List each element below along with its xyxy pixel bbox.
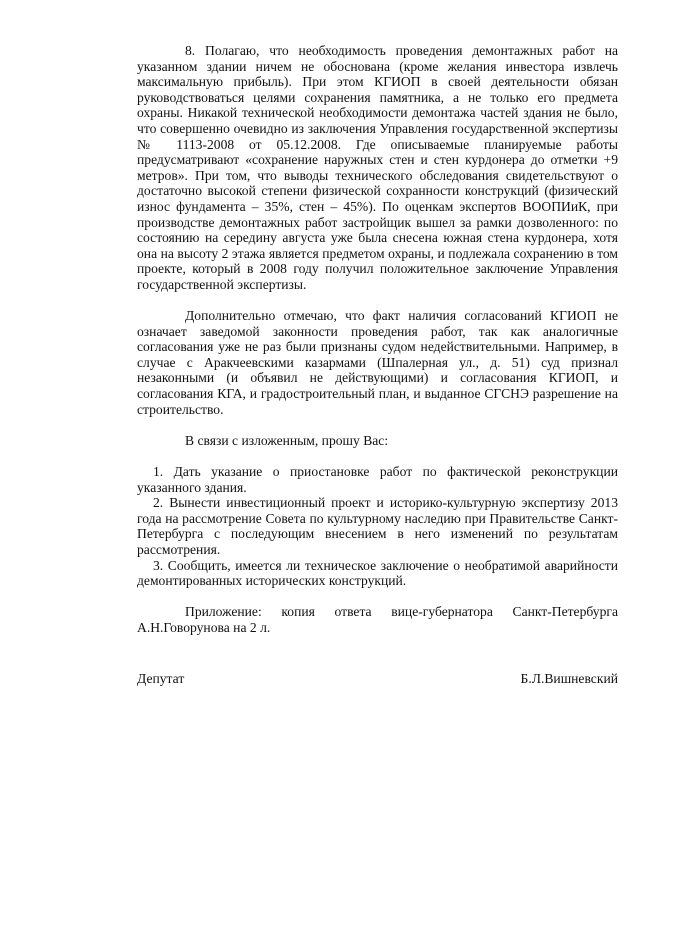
paragraph-8: 8. Полагаю, что необходимость проведения… bbox=[137, 43, 618, 293]
signature-title: Депутат bbox=[137, 671, 184, 687]
spacer bbox=[137, 589, 618, 605]
request-item-3: 3. Сообщить, имеется ли техническое закл… bbox=[137, 558, 618, 589]
request-item-2: 2. Вынести инвестиционный проект и истор… bbox=[137, 495, 618, 557]
signature-block: Депутат Б.Л.Вишневский bbox=[137, 671, 618, 687]
signature-name: Б.Л.Вишневский bbox=[521, 671, 618, 687]
spacer bbox=[137, 448, 618, 464]
request-item-1: 1. Дать указание о приостановке работ по… bbox=[137, 464, 618, 495]
spacer bbox=[137, 293, 618, 309]
attachment-note: Приложение: копия ответа вице-губернатор… bbox=[137, 604, 618, 635]
request-intro: В связи с изложенным, прошу Вас: bbox=[137, 433, 618, 449]
document-page: 8. Полагаю, что необходимость проведения… bbox=[137, 43, 618, 636]
spacer bbox=[137, 417, 618, 433]
paragraph-additional: Дополнительно отмечаю, что факт наличия … bbox=[137, 308, 618, 417]
